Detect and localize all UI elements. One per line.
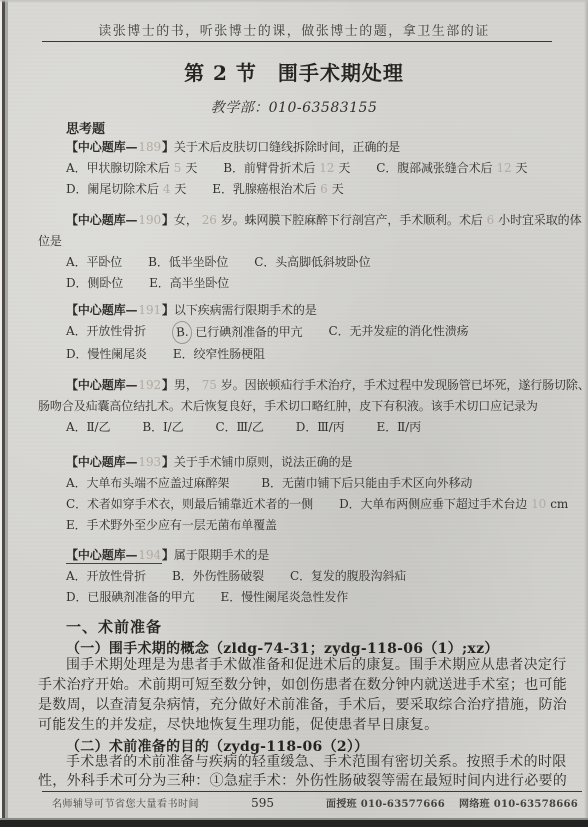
- option-b: B．外伤性肠破裂: [172, 566, 264, 587]
- scan-edge-top: [0, 0, 588, 3]
- paragraph-line: 手术治疗开始。术前期可短至数分钟，如创伤患者在数分钟内就送进手术室；也可能: [38, 675, 583, 695]
- dept-phone-number: 010-63583155: [269, 100, 378, 116]
- footer-rule: [42, 791, 582, 792]
- option-unit: cm: [550, 497, 568, 511]
- stem-text: 小时宜采取的体: [498, 213, 581, 227]
- option-e: E．乳腺癌根治术后6天: [212, 179, 343, 200]
- question-number: 191: [137, 303, 162, 317]
- options-row: A．Ⅱ/乙 B．Ⅰ/乙 C．Ⅲ/乙 D．Ⅲ/丙 E．Ⅱ/丙: [38, 417, 578, 438]
- question-number: 193: [137, 455, 162, 469]
- faint-number: 6: [320, 182, 328, 196]
- bank-tag: 【中心题库—: [66, 140, 137, 154]
- dept-contact: 教学部：010-63583155: [0, 97, 588, 117]
- bank-tag: 【中心题库—: [66, 548, 137, 562]
- stem-text: 关于术后皮肤切口缝线拆除时间，正确的是: [174, 140, 400, 154]
- bank-tag: 【中心题库—: [66, 303, 137, 317]
- stem-wrap-line: 位是: [38, 231, 578, 252]
- options-row: E．手术野外至少应有一层无菌布单覆盖: [38, 515, 578, 536]
- option-d: D．已服碘剂准备的甲亢: [66, 587, 195, 608]
- question-number: 190: [137, 213, 162, 227]
- option-a: A．Ⅱ/乙: [66, 417, 110, 438]
- question-stem: 【中心题库—193】关于手术铺巾原则，说法正确的是: [38, 452, 578, 473]
- bank-tag-close: 】: [162, 303, 174, 317]
- option-d: D．慢性阑尾炎: [66, 344, 147, 365]
- option-e: E．慢性阑尾炎急性发作: [221, 587, 349, 608]
- option-unit: 天: [338, 161, 350, 175]
- footer-contacts: 面授班 010-63577666网络班 010-63578666: [326, 795, 578, 810]
- option-c: C．无并发症的消化性溃疡: [329, 321, 469, 344]
- question-193: 【中心题库—193】关于手术铺巾原则，说法正确的是 A．大单布头端不应盖过麻醉架…: [38, 452, 578, 536]
- option-e: E．手术野外至少应有一层无菌布单覆盖: [66, 515, 277, 536]
- option-a: A．开放性骨折: [66, 321, 146, 344]
- question-number: 192: [137, 378, 162, 392]
- options-row: D．侧卧位 E．高半坐卧位: [38, 273, 578, 294]
- bank-tag-close: 】: [162, 378, 174, 392]
- option-b: B．Ⅰ/乙: [142, 417, 183, 438]
- paragraph-line: 手术患者的术前准备与疾病的轻重缓急、手术范围有密切关系。按照手术的时限: [38, 753, 583, 772]
- think-questions-label: 思考题: [66, 118, 105, 137]
- options-row: C．术者如穿手术衣，则最后铺靠近术者的一侧 D．大单布两侧应垂下超过手术台边10…: [38, 494, 578, 515]
- options-row: D．已服碘剂准备的甲亢 E．慢性阑尾炎急性发作: [38, 587, 578, 608]
- paragraph-line: 围手术期处理是为患者手术做准备和促进术后的康复。围手术期应从患者决定行: [38, 655, 583, 675]
- scanned-textbook-page: 读张博士的书，听张博士的课，做张博士的题，拿卫生部的证 第 2 节 围手术期处理…: [0, 0, 588, 827]
- paragraph-2: 手术患者的术前准备与疾病的轻重缓急、手术范围有密切关系。按照手术的时限 性，外科…: [38, 753, 583, 791]
- option-b: B．低半坐卧位: [148, 252, 228, 273]
- question-stem: 【中心题库—192】男，75岁。因嵌顿疝行手术治疗，手术过程中发现肠管已坏死，遂…: [38, 375, 578, 396]
- paragraph-line: 可能发生的并发症，尽快地恢复生理功能，促使患者早日康复。: [38, 715, 583, 735]
- faint-age: 26: [202, 213, 217, 227]
- option-unit: 天: [174, 182, 186, 196]
- header-slogan: 读张博士的书，听张博士的课，做张博士的题，拿卫生部的证: [0, 20, 588, 39]
- option-c: C．腹部减张缝合术后12天: [376, 158, 527, 179]
- paragraph-line: 是数周，以查清复杂病情，充分做好术前准备，手术后，要采取综合治疗措施，防治: [38, 695, 583, 715]
- options-row: A．甲状腺切除术后5天 B．前臂骨折术后12天 C．腹部减张缝合术后12天: [38, 158, 578, 179]
- option-unit: 天: [516, 161, 528, 175]
- option-d: D．阑尾切除术后4天: [66, 179, 186, 200]
- option-e: E．Ⅱ/丙: [377, 417, 421, 438]
- bank-tag: 【中心题库—: [66, 378, 137, 392]
- paragraph-1: 围手术期处理是为患者手术做准备和促进术后的康复。围手术期应从患者决定行 手术治疗…: [38, 655, 583, 735]
- option-b: B.已行碘剂准备的甲亢: [172, 321, 303, 344]
- pencil-circle-mark: B.: [171, 320, 193, 344]
- options-row: A．大单布头端不应盖过麻醉架 B．无菌巾铺下后只能由手术区向外移动: [38, 473, 578, 494]
- question-189: 【中心题库—189】关于术后皮肤切口缝线拆除时间，正确的是 A．甲状腺切除术后5…: [38, 137, 578, 200]
- footer-phone-classroom: 面授班 010-63577666: [326, 799, 445, 810]
- option-c: C．头高脚低斜坡卧位: [254, 252, 370, 273]
- option-e: E．绞窄性肠梗阻: [173, 344, 265, 365]
- option-text: 已行碘剂准备的甲亢: [195, 325, 302, 339]
- question-number: 194: [137, 548, 162, 562]
- option-text: D．大单布两侧应垂下超过手术台边: [339, 497, 527, 511]
- option-c: C．复发的腹股沟斜疝: [290, 566, 406, 587]
- faint-age: 75: [202, 378, 217, 392]
- option-e: E．高半坐卧位: [149, 273, 229, 294]
- option-text: B．前臂骨折术后: [223, 161, 315, 175]
- question-stem: 【中心题库—191】以下疾病需行限期手术的是: [38, 300, 578, 321]
- option-b: B．无菌巾铺下后只能由手术区向外移动: [261, 473, 472, 494]
- scan-edge-right: [584, 0, 588, 827]
- section-heading: 一、术前准备: [66, 616, 162, 637]
- page-footer: 名师辅导可节省您大量看书时间 595 面授班 010-63577666网络班 0…: [52, 795, 578, 810]
- option-text: A．甲状腺切除术后: [66, 161, 170, 175]
- bank-tag-close: 】: [162, 140, 174, 154]
- options-row: A．开放性骨折 B.已行碘剂准备的甲亢 C．无并发症的消化性溃疡: [38, 321, 578, 344]
- option-a: A．平卧位: [66, 252, 122, 273]
- option-d: D．侧卧位: [66, 273, 123, 294]
- option-a: A．开放性骨折: [66, 566, 146, 587]
- options-row: A．平卧位 B．低半坐卧位 C．头高脚低斜坡卧位: [38, 252, 578, 273]
- option-a: A．甲状腺切除术后5天: [66, 158, 197, 179]
- question-194: 【中心题库—194】属于限期手术的是 A．开放性骨折 B．外伤性肠破裂 C．复发…: [38, 545, 578, 608]
- paragraph-line: 性，外科手术可分为三种：①急症手术：外伤性肠破裂等需在最短时间内进行必要的: [38, 772, 583, 791]
- option-c: C．术者如穿手术衣，则最后铺靠近术者的一侧: [66, 494, 313, 515]
- stem-text: 男，: [174, 378, 198, 392]
- scan-edge-left: [0, 0, 8, 827]
- stem-text: 属于限期手术的是: [174, 548, 269, 562]
- question-stem: 【中心题库—189】关于术后皮肤切口缝线拆除时间，正确的是: [38, 137, 578, 158]
- question-stem: 【中心题库—190】女，26岁。蛛网膜下腔麻醉下行剖宫产，手术顺利。术后6小时宜…: [38, 210, 578, 231]
- faint-hours: 6: [487, 213, 495, 227]
- options-row: A．开放性骨折 B．外伤性肠破裂 C．复发的腹股沟斜疝: [38, 566, 578, 587]
- dept-label: 教学部：: [211, 100, 269, 116]
- bank-tag: 【中心题库—: [66, 213, 137, 227]
- page-title: 第 2 节 围手术期处理: [0, 57, 588, 86]
- option-d: D．Ⅲ/丙: [296, 417, 345, 438]
- question-192: 【中心题库—192】男，75岁。因嵌顿疝行手术治疗，手术过程中发现肠管已坏死，遂…: [38, 375, 578, 438]
- option-text: C．腹部减张缝合术后: [376, 161, 492, 175]
- bank-tag-close: 】: [162, 213, 174, 227]
- option-text: E．乳腺癌根治术后: [212, 182, 316, 196]
- faint-number: 10: [531, 497, 546, 511]
- footer-slogan: 名师辅导可节省您大量看书时间: [52, 795, 199, 810]
- header-rule: [42, 41, 552, 42]
- option-d: D．大单布两侧应垂下超过手术台边10cm: [339, 494, 568, 515]
- option-a: A．大单布头端不应盖过麻醉架: [66, 473, 229, 494]
- footer-phone-online: 网络班 010-63578666: [459, 799, 578, 810]
- page-number: 595: [199, 796, 326, 810]
- pencil-underline-mark: 【中心题库—194: [66, 548, 162, 564]
- option-text: D．阑尾切除术后: [66, 182, 159, 196]
- question-stem: 【中心题库—194】属于限期手术的是: [38, 545, 578, 566]
- bank-tag-close: 】: [162, 548, 174, 562]
- stem-text: 岁。因嵌顿疝行手术治疗，手术过程中发现肠管已坏死，遂行肠切除、: [221, 378, 588, 392]
- stem-text: 岁。蛛网膜下腔麻醉下行剖宫产，手术顺利。术后: [221, 213, 483, 227]
- faint-number: 12: [319, 161, 334, 175]
- options-row: D．阑尾切除术后4天 E．乳腺癌根治术后6天: [38, 179, 578, 200]
- scan-edge-bottom: [0, 818, 588, 827]
- question-number: 189: [137, 140, 162, 154]
- option-unit: 天: [332, 182, 344, 196]
- stem-wrap-line: 肠吻合及疝囊高位结扎术。术后恢复良好，手术切口略红肿，皮下有积液。该手术切口应记…: [38, 396, 578, 417]
- option-b: B．前臂骨折术后12天: [223, 158, 350, 179]
- stem-text: 以下疾病需行限期手术的是: [174, 303, 317, 317]
- stem-text: 关于手术铺巾原则，说法正确的是: [174, 455, 353, 469]
- options-row: D．慢性阑尾炎 E．绞窄性肠梗阻: [38, 344, 578, 365]
- option-c: C．Ⅲ/乙: [215, 417, 263, 438]
- faint-number: 5: [174, 161, 182, 175]
- question-190: 【中心题库—190】女，26岁。蛛网膜下腔麻醉下行剖宫产，手术顺利。术后6小时宜…: [38, 210, 578, 294]
- option-unit: 天: [185, 161, 197, 175]
- question-191: 【中心题库—191】以下疾病需行限期手术的是 A．开放性骨折 B.已行碘剂准备的…: [38, 300, 578, 365]
- faint-number: 4: [163, 182, 171, 196]
- faint-number: 12: [496, 161, 511, 175]
- stem-text: 女，: [174, 213, 198, 227]
- bank-tag: 【中心题库—: [66, 455, 137, 469]
- bank-tag-close: 】: [162, 455, 174, 469]
